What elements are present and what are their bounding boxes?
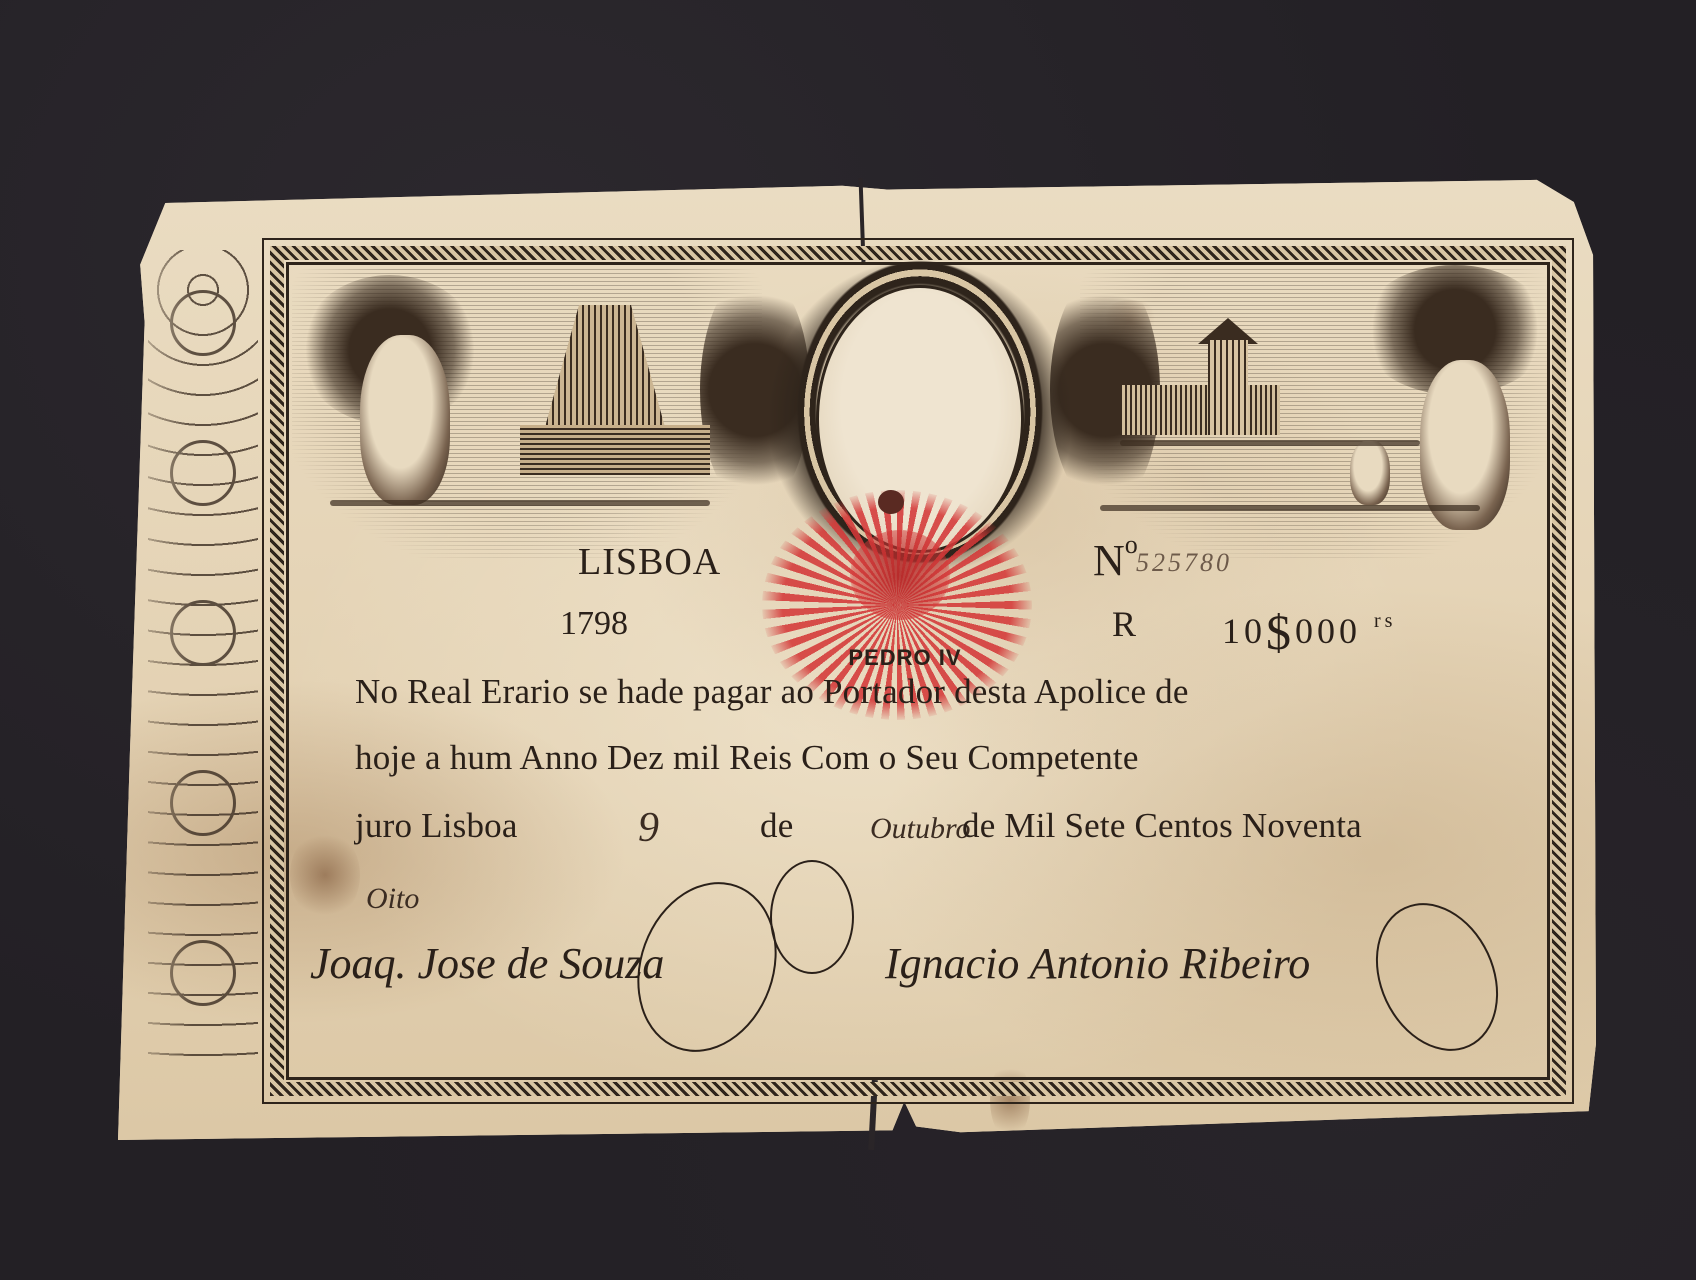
number-label: No xyxy=(1093,530,1138,586)
cifrao-symbol: $ xyxy=(1266,604,1295,660)
handwritten-month: Outubro xyxy=(870,812,971,846)
ground-line xyxy=(1100,505,1480,511)
signature-right: Ignacio Antonio Ribeiro xyxy=(885,938,1310,989)
place-heading: LISBOA xyxy=(578,540,721,584)
beehive-base xyxy=(520,425,710,475)
serial-number: 525780 xyxy=(1136,548,1232,578)
church-tower xyxy=(1208,340,1248,435)
text-line-3-de: de xyxy=(760,806,793,846)
handwritten-year-word: Oito xyxy=(366,882,419,916)
village-building xyxy=(1120,385,1280,435)
cherub-figure xyxy=(360,335,450,505)
dog-figure xyxy=(1350,440,1390,505)
signature-flourish xyxy=(770,860,854,974)
text-line-3-end: de Mil Sete Centos Noventa xyxy=(962,806,1362,846)
issue-year: 1798 xyxy=(560,605,628,643)
handwritten-day: 9 xyxy=(638,804,659,852)
ground-line xyxy=(330,500,710,506)
signature-left: Joaq. Jose de Souza xyxy=(310,938,664,989)
denomination: 10$000 rs xyxy=(1222,603,1396,661)
text-line-3-start: juro Lisboa xyxy=(355,806,518,846)
stamp-crown-icon xyxy=(850,530,950,620)
text-line-1: No Real Erario se hade pagar ao Portador… xyxy=(355,672,1189,712)
ink-blot xyxy=(878,490,904,514)
text-line-2: hoje a hum Anno Dez mil Reis Com o Seu C… xyxy=(355,738,1139,778)
series-letter: R xyxy=(1112,603,1136,645)
ground-line xyxy=(1120,440,1420,446)
stamp-text: PEDRO IV xyxy=(820,645,990,671)
ornamental-left-strip xyxy=(148,250,258,1080)
